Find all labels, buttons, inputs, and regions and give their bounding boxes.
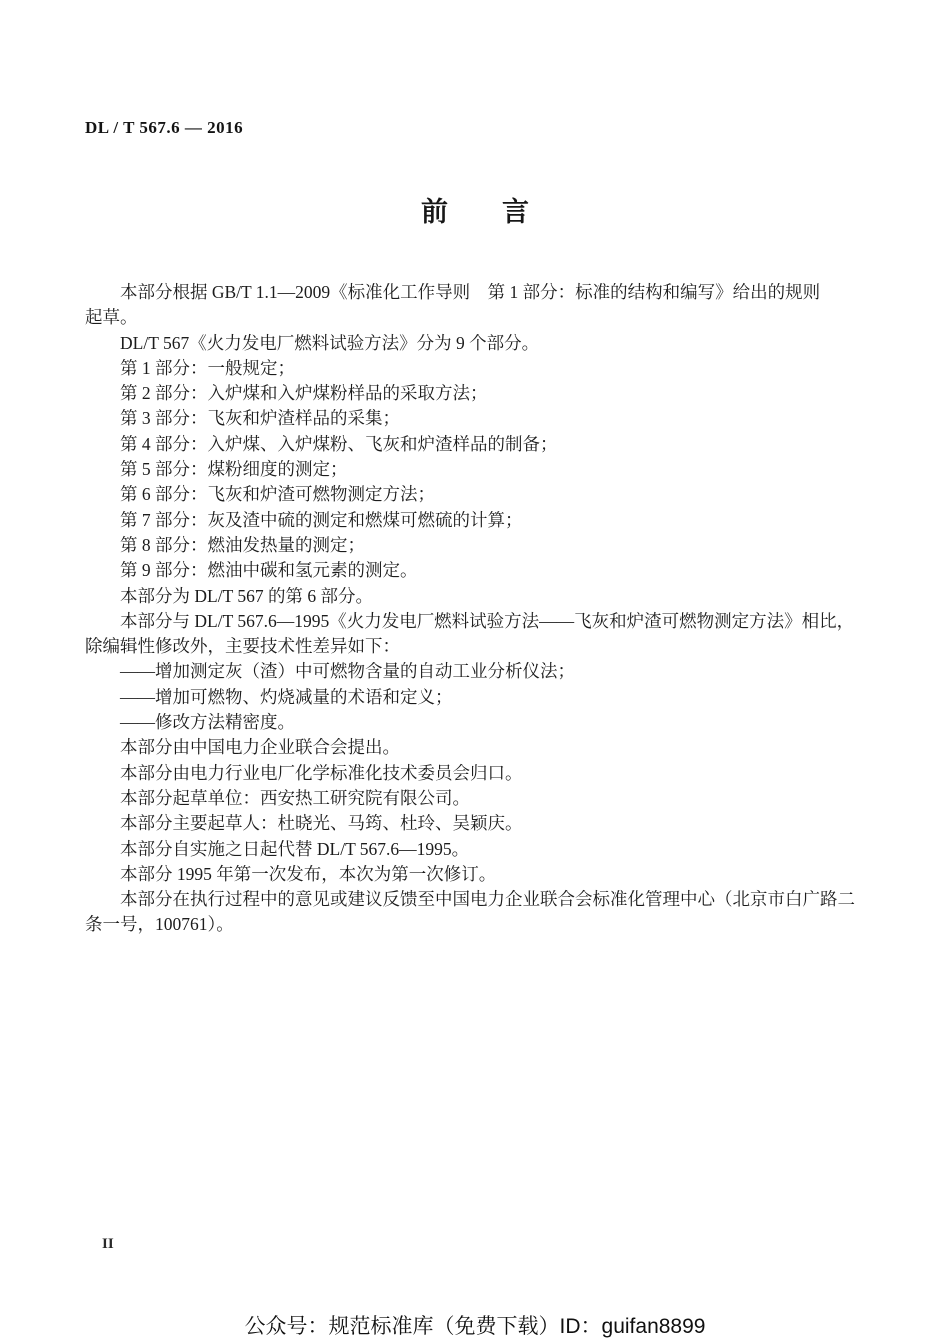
body-line: 第 7 部分：灰及渣中硫的测定和燃煤可燃硫的计算； xyxy=(85,508,869,533)
body-line: 本部分在执行过程中的意见或建议反馈至中国电力企业联合会标准化管理中心（北京市白广… xyxy=(85,887,869,912)
body-line: 第 9 部分：燃油中碳和氢元素的测定。 xyxy=(85,558,869,583)
body-line: 本部分与 DL/T 567.6—1995《火力发电厂燃料试验方法——飞灰和炉渣可… xyxy=(85,609,869,634)
body-line: 起草。 xyxy=(85,305,869,330)
body-line: 条一号，100761）。 xyxy=(85,912,869,937)
foreword-body-text: 本部分根据 GB/T 1.1—2009《标准化工作导则 第 1 部分：标准的结构… xyxy=(85,280,869,938)
footer-watermark: 公众号：规范标准库（免费下载）ID：guifan8899 xyxy=(0,1310,950,1340)
body-line: 本部分起草单位：西安热工研究院有限公司。 xyxy=(85,786,869,811)
body-line: 本部分由电力行业电厂化学标准化技术委员会归口。 xyxy=(85,761,869,786)
body-line: 第 8 部分：燃油发热量的测定； xyxy=(85,533,869,558)
body-line: 本部分为 DL/T 567 的第 6 部分。 xyxy=(85,584,869,609)
body-line: DL/T 567《火力发电厂燃料试验方法》分为 9 个部分。 xyxy=(85,331,869,356)
body-line: 本部分由中国电力企业联合会提出。 xyxy=(85,735,869,760)
body-line: 第 3 部分：飞灰和炉渣样品的采集； xyxy=(85,406,869,431)
body-line: 第 5 部分：煤粉细度的测定； xyxy=(85,457,869,482)
body-line: 本部分根据 GB/T 1.1—2009《标准化工作导则 第 1 部分：标准的结构… xyxy=(85,280,869,305)
page-title: 前 言 xyxy=(0,190,950,229)
body-line: ——增加可燃物、灼烧减量的术语和定义； xyxy=(85,685,869,710)
body-line: 第 1 部分：一般规定； xyxy=(85,356,869,381)
standard-number-header: DL / T 567.6 — 2016 xyxy=(85,118,243,138)
page-number: II xyxy=(102,1236,114,1253)
body-line: 除编辑性修改外，主要技术性差异如下： xyxy=(85,634,869,659)
document-page: DL / T 567.6 — 2016 前 言 本部分根据 GB/T 1.1—2… xyxy=(0,0,950,1344)
body-line: 本部分主要起草人：杜晓光、马筠、杜玲、吴颖庆。 xyxy=(85,811,869,836)
body-line: 第 2 部分：入炉煤和入炉煤粉样品的采取方法； xyxy=(85,381,869,406)
body-line: 本部分自实施之日起代替 DL/T 567.6—1995。 xyxy=(85,837,869,862)
body-line: ——增加测定灰（渣）中可燃物含量的自动工业分析仪法； xyxy=(85,659,869,684)
body-line: 第 4 部分：入炉煤、入炉煤粉、飞灰和炉渣样品的制备； xyxy=(85,432,869,457)
body-line: 第 6 部分：飞灰和炉渣可燃物测定方法； xyxy=(85,482,869,507)
body-line: 本部分 1995 年第一次发布，本次为第一次修订。 xyxy=(85,862,869,887)
body-line: ——修改方法精密度。 xyxy=(85,710,869,735)
